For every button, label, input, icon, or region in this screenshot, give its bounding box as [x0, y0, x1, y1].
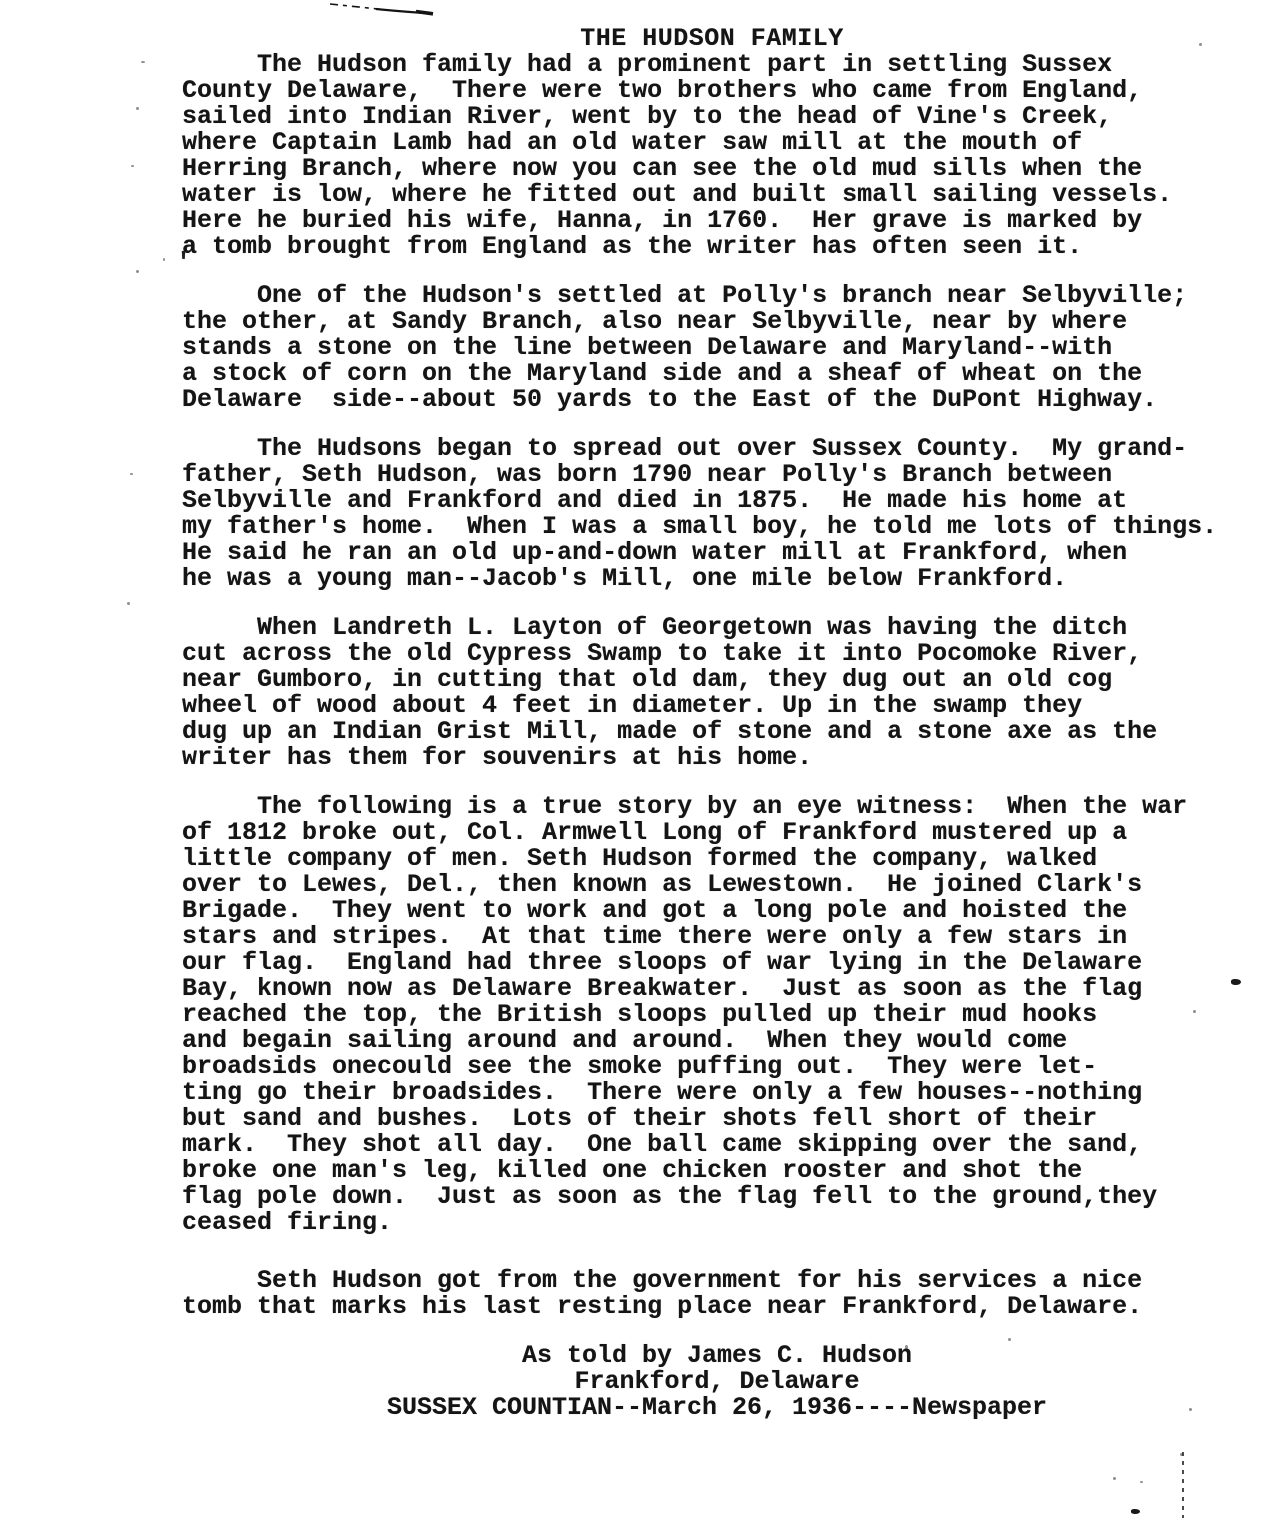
- paragraph-government-tomb: Seth Hudson got from the government for …: [182, 1268, 1222, 1320]
- paragraph-cypress-swamp: When Landreth L. Layton of Georgetown wa…: [182, 615, 1222, 771]
- scan-speck: [1193, 1010, 1196, 1013]
- scan-speck: [1189, 1408, 1192, 1411]
- scan-speck: [1180, 1453, 1183, 1456]
- paragraph-pollys-branch: One of the Hudson's settled at Polly's b…: [182, 283, 1222, 413]
- scan-speck: [130, 473, 133, 475]
- scan-speck: [163, 258, 165, 261]
- paragraph-seth-hudson: The Hudsons began to spread out over Sus…: [182, 436, 1222, 592]
- closing-block: As told by James C. Hudson Frankford, De…: [212, 1343, 1222, 1421]
- scan-speck: [136, 270, 139, 273]
- scan-scratch-artifact: [320, 0, 450, 22]
- scan-speck: [131, 165, 134, 167]
- closing-location: Frankford, Delaware: [212, 1369, 1222, 1395]
- closing-attribution: As told by James C. Hudson: [212, 1343, 1222, 1369]
- scan-speck: [127, 602, 130, 605]
- scan-speck: [141, 61, 145, 63]
- closing-source: SUSSEX COUNTIAN--March 26, 1936----Newsp…: [212, 1395, 1222, 1421]
- scan-speck: [1199, 43, 1202, 46]
- ink-blob-artifact: [1131, 1509, 1140, 1514]
- scan-edge-artifact: [1182, 1452, 1184, 1518]
- scan-speck: [1140, 1481, 1143, 1483]
- scan-speck: [136, 107, 139, 110]
- ink-blob-artifact: [1231, 979, 1241, 985]
- scanned-document-page: THE HUDSON FAMILY The Hudson family had …: [0, 0, 1272, 1520]
- stray-ink-mark: ': [176, 250, 191, 276]
- paragraph-war-of-1812: The following is a true story by an eye …: [182, 794, 1222, 1236]
- scan-speck: [905, 1345, 908, 1349]
- scan-speck: [1008, 1338, 1011, 1341]
- document-title: THE HUDSON FAMILY: [202, 26, 1222, 52]
- paragraph-hudson-settling: The Hudson family had a prominent part i…: [182, 52, 1222, 260]
- scan-speck: [1113, 1477, 1116, 1480]
